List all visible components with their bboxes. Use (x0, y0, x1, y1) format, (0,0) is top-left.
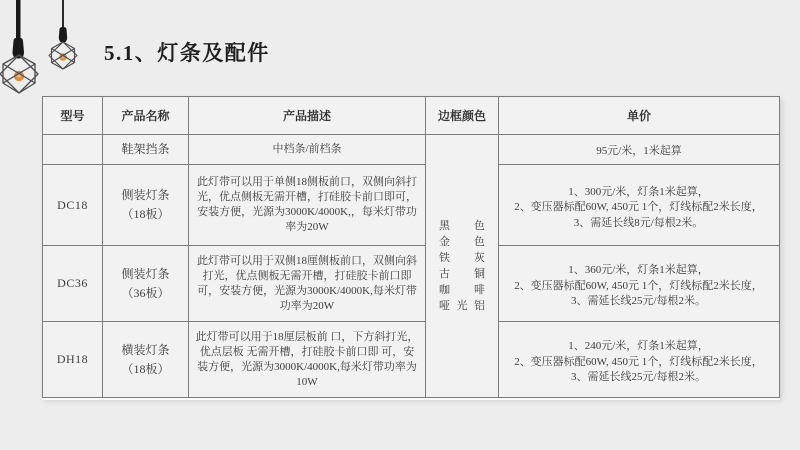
model-cell (43, 135, 103, 165)
price-item: 3、需延长线25元/每根2米。 (501, 294, 776, 310)
description-cell: 此灯带可以用于双侧18厘侧板前口，双侧向斜打光，优点侧板无需开槽，打硅胶卡前口即… (189, 246, 426, 322)
price-item: 3、需延长线25元/每根2米。 (501, 370, 776, 386)
unit-price-cell: 1、300元/米，灯条1米起算， 2、变压器标配60W, 450元 1个，灯线标… (499, 165, 780, 246)
col-header-product-name: 产品名称 (103, 97, 189, 135)
unit-price-cell: 95元/米，1米起算 (499, 135, 780, 165)
product-name-cell: 鞋架挡条 (103, 135, 189, 165)
price-item: 2、变压器标配60W, 450元 1个，灯线标配2米长度， (501, 279, 776, 295)
table-row-shoe-rack-strip: 鞋架挡条 中档条/前档条 黑色 金色 铁灰 古铜 咖啡 哑光铝 95元/米，1米… (43, 135, 780, 165)
table-row-dc18: DC18 侧装灯条 （18板） 此灯带可以用于单侧18侧板前口，双侧向斜打光，优… (43, 165, 780, 246)
pendant-lamp-small-icon (49, 0, 77, 69)
product-name-line: 侧装灯条 (103, 186, 188, 205)
unit-price-cell: 1、360元/米，灯条1米起算， 2、变压器标配60W, 450元 1个，灯线标… (499, 246, 780, 322)
description-cell: 中档条/前档条 (189, 135, 426, 165)
price-item: 1、240元/米，灯条1米起算， (501, 339, 776, 355)
price-item: 2、变压器标配60W, 450元 1个，灯线标配2米长度， (501, 200, 776, 216)
product-spec-line: （18板） (103, 360, 188, 379)
border-color-option: 铁灰 (439, 250, 485, 266)
border-color-option: 古铜 (439, 266, 485, 282)
product-name-cell: 侧装灯条 （18板） (103, 165, 189, 246)
pendant-lamp-large-icon (0, 0, 38, 93)
product-price-table: 型号 产品名称 产品描述 边框颜色 单价 鞋架挡条 中档条/前档条 黑色 金色 … (42, 96, 780, 398)
unit-price-cell: 1、240元/米，灯条1米起算， 2、变压器标配60W, 450元 1个，灯线标… (499, 322, 780, 398)
col-header-border-color: 边框颜色 (426, 97, 499, 135)
page-title: 5.1、灯条及配件 (104, 37, 270, 67)
col-header-model: 型号 (43, 97, 103, 135)
table-header-row: 型号 产品名称 产品描述 边框颜色 单价 (43, 97, 780, 135)
price-item: 3、需延长线8元/每根2米。 (501, 216, 776, 232)
product-name-line: 侧装灯条 (103, 265, 188, 284)
product-spec-line: （36板） (103, 284, 188, 303)
table-row-dh18: DH18 横装灯条 （18板） 此灯带可以用于18厘层板前 口，下方斜打光，优点… (43, 322, 780, 398)
slide: 5.1、灯条及配件 型号 产品名称 产品描述 边框颜色 单价 鞋架挡条 中档条/… (0, 0, 800, 450)
model-cell: DH18 (43, 322, 103, 398)
product-name-cell: 横装灯条 （18板） (103, 322, 189, 398)
border-color-option: 哑光铝 (439, 298, 485, 314)
border-color-merged-cell: 黑色 金色 铁灰 古铜 咖啡 哑光铝 (426, 135, 499, 398)
col-header-description: 产品描述 (189, 97, 426, 135)
price-item: 1、300元/米，灯条1米起算， (501, 185, 776, 201)
description-cell: 此灯带可以用于单侧18侧板前口，双侧向斜打光，优点侧板无需开槽，打硅胶卡前口即可… (189, 165, 426, 246)
table-row-dc36: DC36 侧装灯条 （36板） 此灯带可以用于双侧18厘侧板前口，双侧向斜打光，… (43, 246, 780, 322)
product-spec-line: （18板） (103, 205, 188, 224)
pendant-lamps-icon (0, 0, 92, 102)
border-color-option: 咖啡 (439, 282, 485, 298)
price-item: 2、变压器标配60W, 450元 1个，灯线标配2米长度， (501, 355, 776, 371)
model-cell: DC36 (43, 246, 103, 322)
description-cell: 此灯带可以用于18厘层板前 口，下方斜打光，优点层板 无需开槽，打硅胶卡前口即 … (189, 322, 426, 398)
product-name-line: 横装灯条 (103, 341, 188, 360)
border-color-option: 黑色 (439, 218, 485, 234)
product-name-cell: 侧装灯条 （36板） (103, 246, 189, 322)
col-header-unit-price: 单价 (499, 97, 780, 135)
border-color-option: 金色 (439, 234, 485, 250)
price-item: 1、360元/米，灯条1米起算， (501, 263, 776, 279)
model-cell: DC18 (43, 165, 103, 246)
